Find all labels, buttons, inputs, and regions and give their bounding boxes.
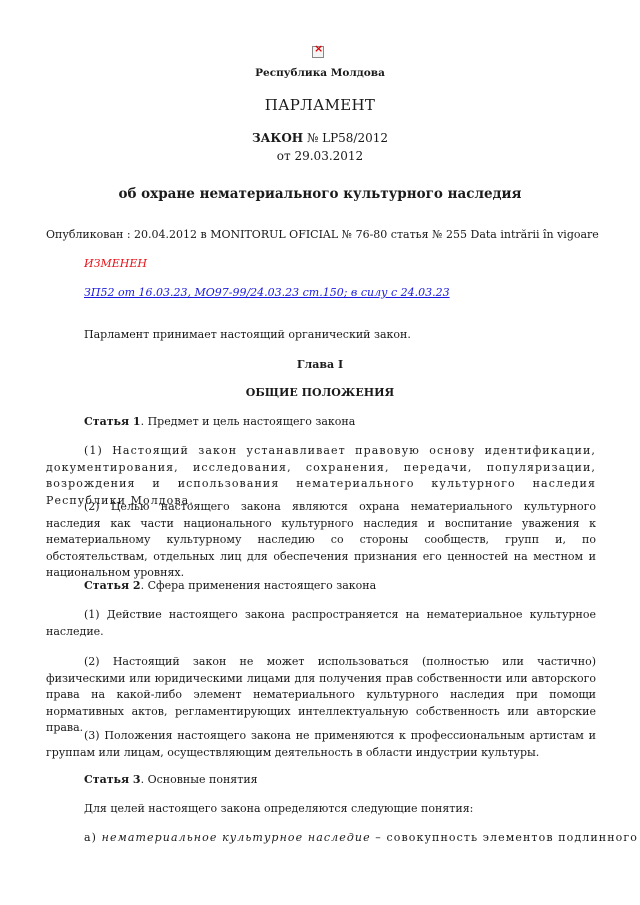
article-2-para-2: (2) Настоящий закон не может использоват…: [46, 654, 596, 737]
changed-label: ИЗМЕНЕН: [84, 257, 147, 270]
chapter-title: ОБЩИЕ ПОЛОЖЕНИЯ: [0, 386, 640, 399]
preamble: Парламент принимает настоящий органическ…: [84, 328, 411, 341]
article-3-label: Статья 3: [84, 773, 141, 786]
republic-name: Республика Молдова: [0, 67, 640, 79]
amendment-link[interactable]: ЗП52 от 16.03.23, MO97-99/24.03.23 ст.15…: [84, 286, 450, 299]
item-a-text: – совокупность элементов подлинного: [371, 831, 638, 844]
item-a-term: нематериальное культурное наследие: [102, 831, 371, 844]
article-3-item-a: а) нематериальное культурное наследие – …: [84, 831, 596, 844]
article-2-para-1: (1) Действие настоящего закона распростр…: [46, 607, 596, 640]
law-label: ЗАКОН: [252, 131, 303, 145]
article-1-label: Статья 1: [84, 415, 141, 428]
article-2-label: Статья 2: [84, 579, 141, 592]
issuing-body: ПАРЛАМЕНТ: [0, 96, 640, 114]
article-2-para-3: (3) Положения настоящего закона не приме…: [46, 728, 596, 761]
article-1-title: . Предмет и цель настоящего закона: [141, 415, 356, 428]
article-2-heading: Статья 2. Сфера применения настоящего за…: [84, 579, 376, 592]
article-1-para-2: (2) Целью настоящего закона являются охр…: [46, 499, 596, 582]
article-3-heading: Статья 3. Основные понятия: [84, 773, 258, 786]
law-title: об охране нематериального культурного на…: [0, 186, 640, 202]
item-a-prefix: а): [84, 831, 102, 844]
broken-image-icon: [312, 46, 324, 58]
article-2-title: . Сфера применения настоящего закона: [141, 579, 377, 592]
article-3-title: . Основные понятия: [141, 773, 258, 786]
law-date: от 29.03.2012: [0, 149, 640, 163]
chapter-number: Глава I: [0, 358, 640, 371]
article-3-intro: Для целей настоящего закона определяются…: [84, 802, 473, 815]
law-number-value: № LP58/2012: [303, 131, 388, 145]
article-1-heading: Статья 1. Предмет и цель настоящего зако…: [84, 415, 355, 428]
law-number: ЗАКОН № LP58/2012: [0, 131, 640, 145]
publication-info: Опубликован : 20.04.2012 в MONITORUL OFI…: [46, 228, 599, 241]
